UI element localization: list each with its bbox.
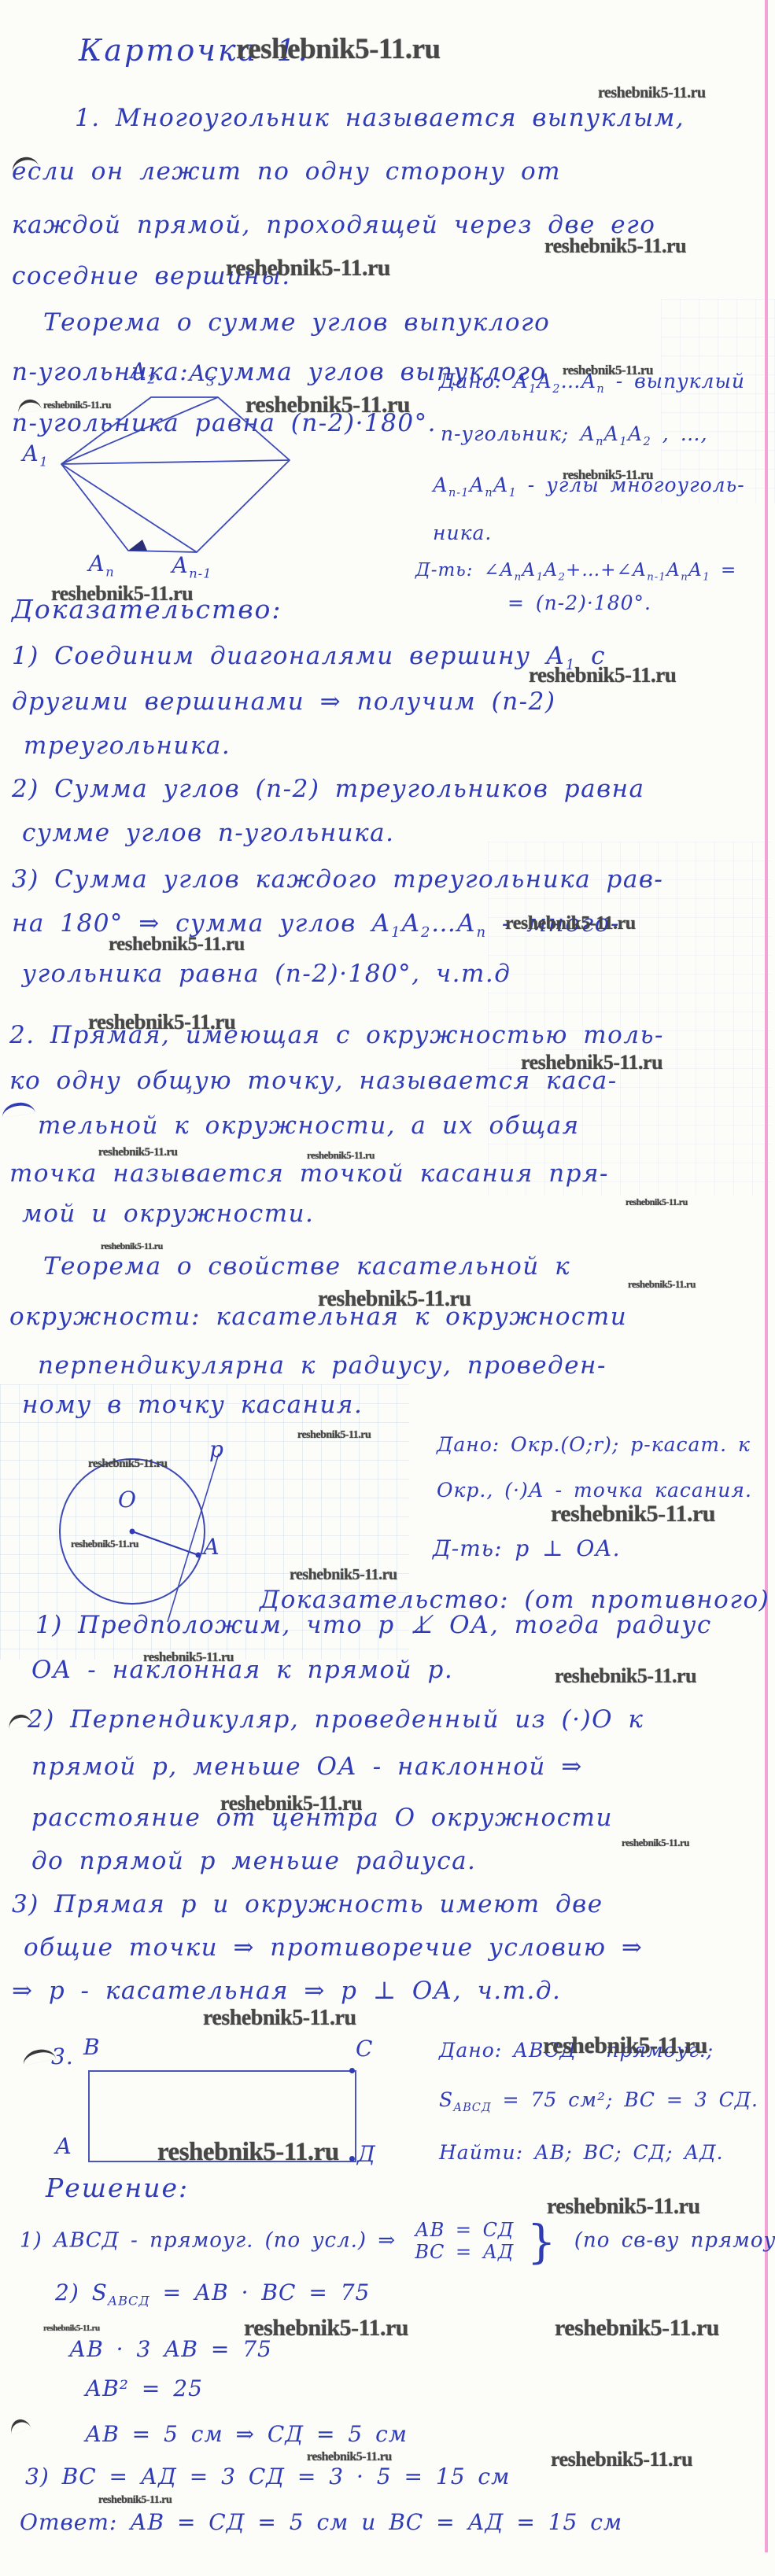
vertex-label-a: А [55,2133,72,2159]
watermark-text: reshebnik5-11.ru [563,363,653,377]
given-line: Найти: АВ; ВС; СД; АД. [439,2141,724,2164]
watermark-text: reshebnik5-11.ru [598,85,706,101]
proof-line: 1) Соединим диагоналями вершину А1 с [12,642,606,670]
solution-step: АВ · 3 АВ = 75 [69,2336,272,2362]
watermark-text: reshebnik5-11.ru [318,1288,471,1310]
vertex-label-d: Д [357,2141,376,2167]
watermark-text: reshebnik5-11.ru [529,665,676,686]
prove-line: = (n-2)·180°. [507,591,651,614]
watermark-text: reshebnik5-11.ru [626,1197,688,1207]
vertex-label-b: В [83,2034,101,2060]
vertex-label-a1: А1 [22,440,49,466]
watermark-text: reshebnik5-11.ru [220,1793,362,1814]
watermark-text: reshebnik5-11.ru [622,1837,689,1848]
proof-line: другими вершинами ⇒ получим (n-2) [12,687,555,716]
corner-dot [349,2156,355,2161]
watermark-text: reshebnik5-11.ru [88,1012,235,1033]
proof-line: 3) Прямая p и окружность имеют две [12,1890,603,1918]
tangent-label-p: p [209,1436,224,1462]
definition-line: если он лежит по одну сторону от [12,157,561,186]
prove-line: Д-ть: ∠АnА1А2+…+∠Аn-1АnА1 = [415,560,736,580]
proof-line: ОА - наклонная к прямой p. [31,1656,453,1684]
corner-dot [349,2068,355,2073]
given-line: SАВСД = 75 см²; ВС = 3 СД. [439,2088,758,2111]
vertex-label-an: Аn [88,551,115,577]
definition-line: точка называется точкой касания пря- [9,1159,609,1188]
diagonal-a1-an1 [61,464,197,552]
watermark-text: reshebnik5-11.ru [307,2451,392,2464]
watermark-text: reshebnik5-11.ru [203,2007,356,2029]
answer-line: Ответ: АВ = СД = 5 см и ВС = АД = 15 см [20,2509,622,2535]
pen-mark [8,2416,31,2434]
proof-line: 1) Предположим, что p ⊥̸ ОА, тогда радиу… [35,1611,712,1639]
watermark-text: reshebnik5-11.ru [544,236,686,256]
watermark-text: reshebnik5-11.ru [555,2316,719,2340]
solution-title: Решение: [46,2172,189,2203]
watermark-text: reshebnik5-11.ru [290,1567,397,1583]
watermark-text: reshebnik5-11.ru [43,400,111,410]
step1-main: 1) АВСД - прямоуг. (по усл.) ⇒ [20,2229,396,2253]
solution-step: АВ² = 25 [85,2375,203,2401]
watermark-text: reshebnik5-11.ru [547,2196,700,2218]
theorem-line: ному в точку касания. [22,1391,363,1419]
proof-line: 2) Сумма углов (n-2) треугольников равна [12,775,645,803]
watermark-text: reshebnik5-11.ru [226,256,390,280]
watermark-text: reshebnik5-11.ru [98,2495,172,2506]
proof-line: сумме углов n-угольника. [22,819,395,847]
prove-line: Д-ть: p ⊥ ОА. [433,1535,620,1561]
watermark-text: reshebnik5-11.ru [109,934,245,954]
solution-step: 3) ВС = АД = 3 СД = 3 · 5 = 15 см [25,2464,510,2489]
watermark-text: reshebnik5-11.ru [88,1458,168,1470]
solution-step: 1) АВСД - прямоуг. (по усл.) ⇒ АВ = СД В… [20,2220,775,2263]
system-eq2: ВС = АД [415,2242,514,2264]
point-label-a: А [203,1534,220,1560]
watermark-text: reshebnik5-11.ru [43,2324,100,2333]
watermark-text: reshebnik5-11.ru [244,2316,408,2340]
definition-line: 1. Многоугольник называется выпуклым, [75,104,685,132]
watermark-text: reshebnik5-11.ru [98,1147,178,1159]
vertex-label-a3: А3 [189,360,216,386]
watermark-text: reshebnik5-11.ru [71,1539,138,1549]
graph-paper-grid [488,842,771,1196]
vertex-label-an1: Аn-1 [172,552,212,578]
watermark-text: reshebnik5-11.ru [505,914,636,933]
definition-line: тельной к окружности, а их общая [38,1111,580,1140]
equation-system: АВ = СД ВС = АД [415,2220,514,2263]
page-edge-line [765,0,768,2552]
proof-line: прямой p, меньше ОА - наклонной ⇒ [31,1752,583,1781]
watermark-text: reshebnik5-11.ru [245,393,410,417]
watermark-text: reshebnik5-11.ru [157,2139,339,2165]
scanned-notebook-page: Карточка 1. 1. Многоугольник называется … [0,0,775,2576]
watermark-text: reshebnik5-11.ru [521,1052,662,1073]
definition-line: мой и окружности. [22,1200,314,1228]
proof-line: 2) Перпендикуляр, проведенный из (·)О к [28,1705,644,1734]
proof-line: 3) Сумма углов каждого треугольника рав- [12,865,663,894]
watermark-text: reshebnik5-11.ru [236,35,441,64]
proof-title: Доказательство: (от противного) [260,1586,769,1614]
given-line: ника. [433,521,492,544]
watermark-text: reshebnik5-11.ru [563,468,653,481]
solution-step: АВ = 5 см ⇒ СД = 5 см [85,2421,408,2447]
problem-number: 3. [51,2043,74,2069]
vertex-label-c: С [356,2036,373,2062]
watermark-text: reshebnik5-11.ru [297,1430,371,1441]
given-line: Дано: Окр.(О;r); p-касат. к [437,1433,751,1456]
pen-mark [1,1100,35,1118]
graph-paper-grid [661,299,775,503]
proof-line: общие точки ⇒ противоречие условию ⇒ [24,1933,643,1962]
proof-line: до прямой p меньше радиуса. [31,1847,476,1875]
proof-line: угольника равна (n-2)·180°, ч.т.д [22,960,511,988]
given-line: n-угольник; АnА1А2 , …, [441,422,708,445]
vertex-label-a2: А2 [130,358,157,384]
system-brace: } [527,2215,557,2268]
watermark-text: reshebnik5-11.ru [543,2034,707,2058]
given-line: Окр., (·)А - точка касания. [437,1479,752,1502]
theorem-line: Теорема о сумме углов выпуклого [43,308,550,337]
ink-blot [128,540,147,551]
watermark-text: reshebnik5-11.ru [51,584,193,604]
tangent-point-dot [196,1553,201,1558]
watermark-text: reshebnik5-11.ru [555,1666,696,1686]
watermark-text: reshebnik5-11.ru [551,2449,692,2470]
watermark-text: reshebnik5-11.ru [143,1650,234,1664]
center-label-o: O [118,1487,137,1513]
watermark-text: reshebnik5-11.ru [101,1241,163,1251]
watermark-text: reshebnik5-11.ru [551,1502,715,1526]
hexagon-outline [61,397,290,552]
theorem-line: перпендикулярна к радиусу, проведен- [38,1351,607,1380]
system-eq1: АВ = СД [415,2220,514,2242]
proof-line: ⇒ p - касательная ⇒ p ⊥ ОА, ч.т.д. [12,1977,561,2005]
watermark-text: reshebnik5-11.ru [307,1150,375,1160]
proof-line: треугольника. [24,732,231,760]
diagonal-a1-right [61,460,290,464]
step1-note: (по св-ву прямоуг.) [574,2229,775,2253]
theorem-line: Теорема о свойстве касательной к [43,1252,570,1281]
solution-step: 2) SАВСД = АВ · ВС = 75 [55,2279,370,2305]
watermark-text: reshebnik5-11.ru [628,1279,696,1289]
